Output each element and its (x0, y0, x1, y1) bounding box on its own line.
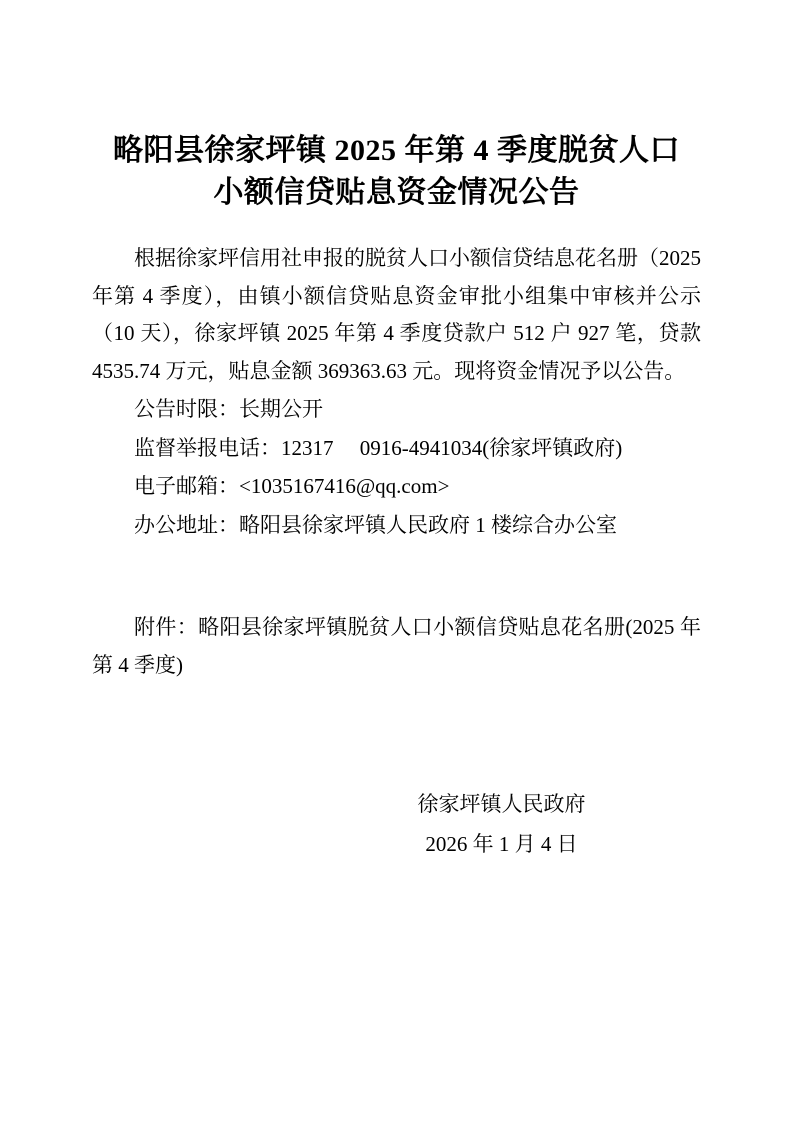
info-line-announcement-period: 公告时限：长期公开 (92, 390, 701, 429)
signature-organization: 徐家坪镇人民政府 (302, 784, 701, 824)
page-title: 略阳县徐家坪镇 2025 年第 4 季度脱贫人口 小额信贷贴息资金情况公告 (92, 130, 701, 214)
signature-date: 2026 年 1 月 4 日 (302, 824, 701, 864)
info-line-report-phone: 监督举报电话：12317 0916-4941034(徐家坪镇政府) (92, 429, 701, 468)
announcement-page: 略阳县徐家坪镇 2025 年第 4 季度脱贫人口 小额信贷贴息资金情况公告 根据… (0, 0, 793, 1122)
attachment-line: 附件：略阳县徐家坪镇脱贫人口小额信贷贴息花名册(2025 年第 4 季度) (92, 609, 701, 684)
info-line-email: 电子邮箱：<1035167416@qq.com> (92, 467, 701, 506)
contact-info-block: 公告时限：长期公开 监督举报电话：12317 0916-4941034(徐家坪镇… (92, 390, 701, 544)
signature-block: 徐家坪镇人民政府 2026 年 1 月 4 日 (92, 784, 701, 864)
intro-paragraph: 根据徐家坪信用社申报的脱贫人口小额信贷结息花名册（2025 年第 4 季度），由… (92, 240, 701, 390)
page-title-line-2: 小额信贷贴息资金情况公告 (92, 172, 701, 214)
page-title-line-1: 略阳县徐家坪镇 2025 年第 4 季度脱贫人口 (92, 130, 701, 172)
info-line-office-address: 办公地址：略阳县徐家坪镇人民政府 1 楼综合办公室 (92, 506, 701, 545)
